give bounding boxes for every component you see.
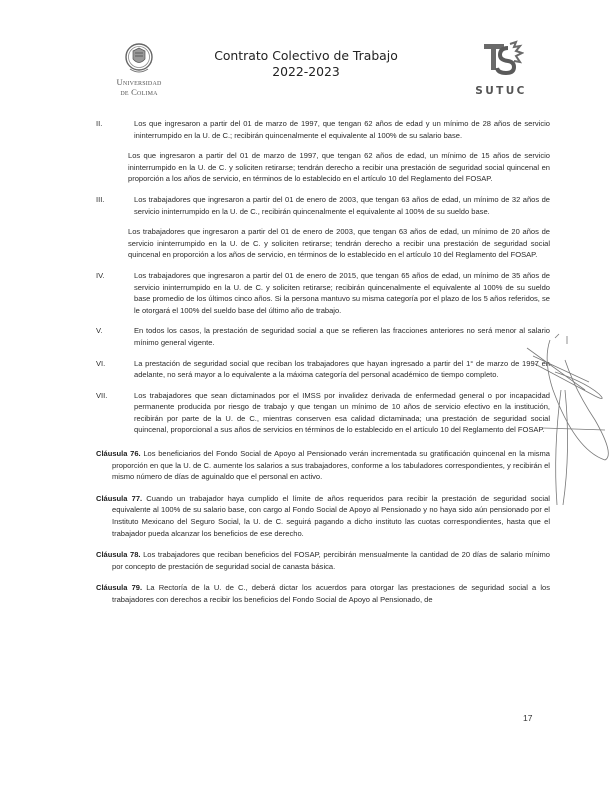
clause-77: Cláusula 77. Cuando un trabajador haya c… (96, 493, 550, 539)
clause-text: La Rectoría de la U. de C., deberá dicta… (112, 583, 550, 604)
sutuc-logo: SUTUC (468, 40, 534, 97)
university-name: Universidad de Colima (108, 77, 170, 97)
universidad-de-colima-logo: Universidad de Colima (108, 42, 170, 97)
clause-text: Los trabajadores que reciban beneficios … (112, 550, 550, 571)
sutuc-emblem-icon (478, 40, 524, 78)
clause-label: Cláusula 76. (96, 449, 141, 458)
document-title: Contrato Colectivo de Trabajo 2022-2023 (200, 48, 412, 79)
fraction-vii: VII. Los trabajadores que sean dictamina… (96, 390, 550, 436)
fraction-number: VII. (96, 390, 107, 402)
fraction-number: III. (96, 194, 104, 206)
fraction-text: La prestación de seguridad social que re… (134, 359, 550, 380)
clause-79: Cláusula 79. La Rectoría de la U. de C.,… (96, 582, 550, 605)
title-line-2: 2022-2023 (200, 64, 412, 80)
fraction-vi: VI. La prestación de seguridad social qu… (96, 358, 550, 381)
fraction-v: V. En todos los casos, la prestación de … (96, 325, 550, 348)
page-number: 17 (523, 713, 532, 723)
title-line-1: Contrato Colectivo de Trabajo (200, 48, 412, 64)
page-header: Universidad de Colima Contrato Colectivo… (0, 0, 612, 100)
fraction-iv: IV. Los trabajadores que ingresaron a pa… (96, 270, 550, 316)
document-body: II. Los que ingresaron a partir del 01 d… (96, 118, 550, 616)
clause-76: Cláusula 76. Los beneficiarios del Fondo… (96, 448, 550, 483)
fraction-number: IV. (96, 270, 105, 282)
sutuc-label: SUTUC (468, 85, 534, 97)
clause-text: Los beneficiarios del Fondo Social de Ap… (112, 449, 550, 481)
fraction-text: En todos los casos, la prestación de seg… (134, 326, 550, 347)
fraction-iii-subparagraph: Los trabajadores que ingresaron a partir… (96, 226, 550, 261)
clause-text: Cuando un trabajador haya cumplido el lí… (112, 494, 550, 538)
university-crest-icon (124, 42, 154, 76)
fraction-ii: II. Los que ingresaron a partir del 01 d… (96, 118, 550, 141)
clause-label: Cláusula 77. (96, 494, 142, 503)
clause-label: Cláusula 78. (96, 550, 141, 559)
clause-78: Cláusula 78. Los trabajadores que reciba… (96, 549, 550, 572)
fraction-text: Los que ingresaron a partir del 01 de ma… (134, 119, 550, 140)
fraction-ii-subparagraph: Los que ingresaron a partir del 01 de ma… (96, 150, 550, 185)
clause-label: Cláusula 79. (96, 583, 142, 592)
fraction-text: Los trabajadores que ingresaron a partir… (134, 195, 550, 216)
fraction-iii: III. Los trabajadores que ingresaron a p… (96, 194, 550, 217)
fraction-number: VI. (96, 358, 105, 370)
fraction-text: Los trabajadores que sean dictaminados p… (134, 391, 550, 435)
fraction-number: V. (96, 325, 102, 337)
fraction-text: Los trabajadores que ingresaron a partir… (134, 271, 550, 315)
fraction-number: II. (96, 118, 102, 130)
